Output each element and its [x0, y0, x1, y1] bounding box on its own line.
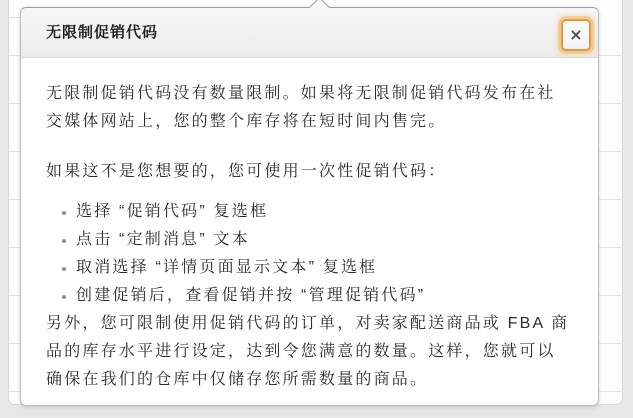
list-item-select-checkbox: 选择 “促销代码” 复选框: [76, 198, 573, 226]
dialog-titlebar: 无限制促销代码 ×: [21, 8, 598, 58]
close-button[interactable]: ×: [561, 19, 591, 51]
close-icon: ×: [569, 27, 582, 43]
paragraph-alternative: 如果这不是您想要的，您可使用一次性促销代码：: [46, 158, 573, 186]
paragraph-note: 另外，您可限制使用促销代码的订单，对卖家配送商品或 FBA 商品的库存水平进行设…: [46, 310, 573, 394]
list-item-manage-codes: 创建促销后，查看促销并按 “管理促销代码”: [76, 282, 573, 310]
dialog-title: 无限制促销代码: [46, 8, 158, 57]
list-item-uncheck-detail: 取消选择 “详情页面显示文本” 复选框: [76, 254, 573, 282]
paragraph-intro: 无限制促销代码没有数量限制。如果将无限制促销代码发布在社交媒体网站上，您的整个库…: [46, 80, 573, 136]
promo-code-dialog: 无限制促销代码 × 无限制促销代码没有数量限制。如果将无限制促销代码发布在社交媒…: [20, 7, 599, 406]
steps-list: 选择 “促销代码” 复选框 点击 “定制消息” 文本 取消选择 “详情页面显示文…: [46, 198, 573, 310]
list-item-click-message: 点击 “定制消息” 文本: [76, 226, 573, 254]
dialog-body: 无限制促销代码没有数量限制。如果将无限制促销代码发布在社交媒体网站上，您的整个库…: [21, 58, 598, 394]
page: { "dialog": { "title": "无限制促销代码", "close…: [0, 0, 633, 418]
